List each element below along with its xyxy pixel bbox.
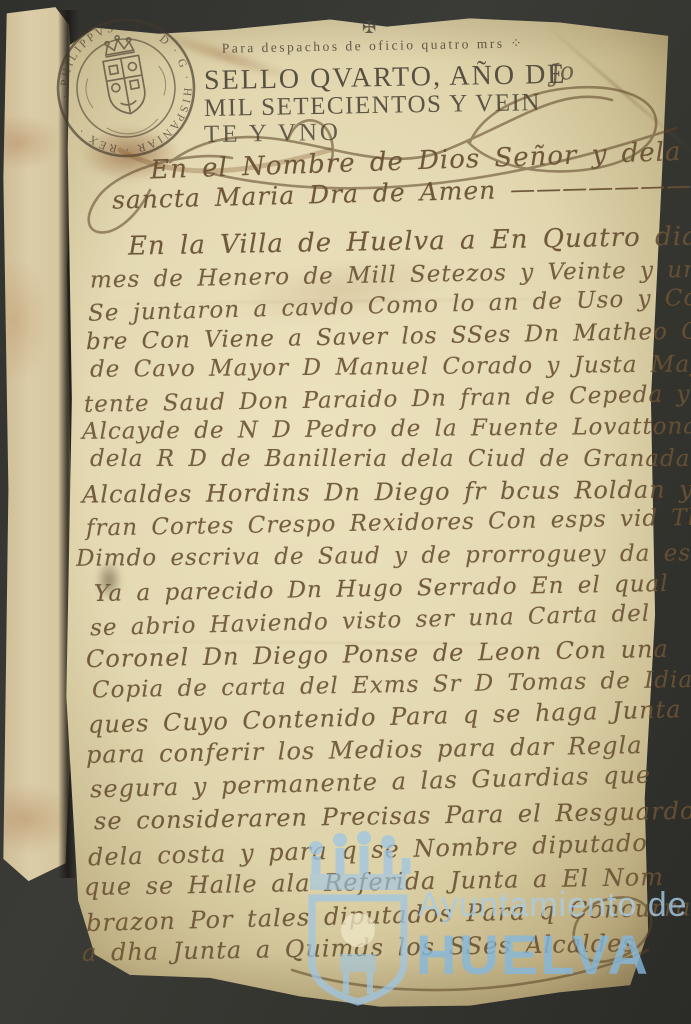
manuscript-line: dela R D de Banilleria dela Ciud de Gran…: [90, 446, 690, 472]
manuscript-line: tente Saud Don Paraido Dn fran de Cepeda…: [84, 380, 691, 418]
manuscript-line: Alcaldes Hordins Dn Diego fr bcus Roldan…: [82, 475, 691, 508]
manuscript-line: fran Cortes Crespo Rexidores Con esps vi…: [86, 504, 691, 541]
manuscript-line: Dimdo escriva de Saud y de prorroguey da…: [76, 540, 691, 572]
manuscript-line: Coronel Dn Diego Ponse de Leon Con una: [86, 635, 669, 673]
manuscript-line: Alcayde de N D Pedro de la Fuente Lovatt…: [82, 413, 691, 445]
manuscript-line: En la Villa de Huelva a En Quatro dias d…: [128, 220, 691, 261]
manuscript-line: se abrio Haviendo visto ser una Carta de…: [90, 601, 651, 642]
manuscript-body: En el Nombre de Dios Señor y dela siempr…: [0, 0, 691, 1024]
manuscript-line: de Cavo Mayor D Manuel Corado y Justa Ma…: [90, 351, 691, 383]
scan-background: · PHILIPPVS · V · D · G · HISPANIAR · RE…: [0, 0, 691, 1024]
